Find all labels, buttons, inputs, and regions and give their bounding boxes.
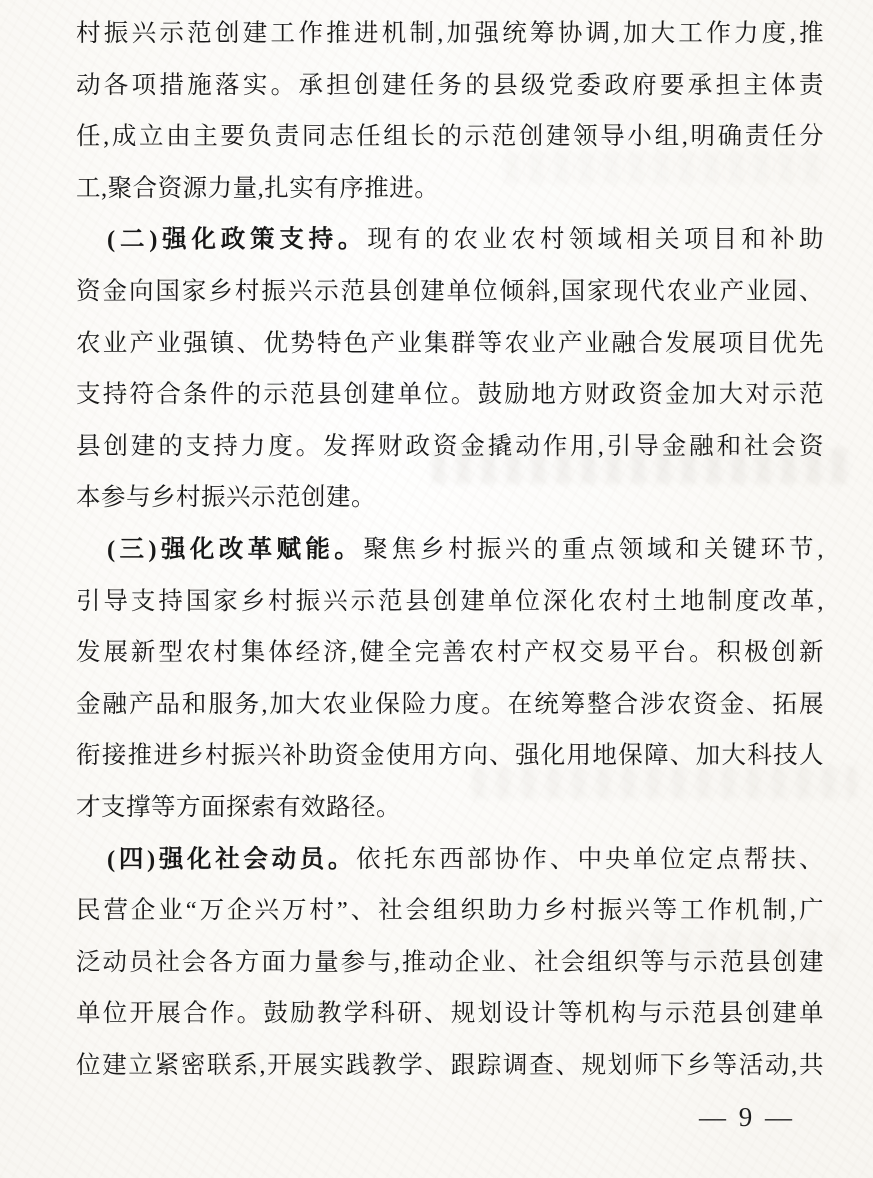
text-line: 单位开展合作。鼓励教学科研、规划设计等机构与示范县创建单 [76, 988, 824, 1040]
section-heading: (三)强化改革赋能。 [107, 536, 363, 563]
text-line: (四)强化社会动员。依托东西部协作、中央单位定点帮扶、 [76, 834, 824, 886]
text-line: 动各项措施落实。承担创建任务的县级党委政府要承担主体责 [76, 60, 824, 112]
text-line: 工,聚合资源力量,扎实有序推进。 [76, 163, 824, 215]
text-line: (三)强化改革赋能。聚焦乡村振兴的重点领域和关键环节, [76, 524, 824, 576]
line-text: 泛动员社会各方面力量参与,推动企业、社会组织等与示范县创建 [76, 949, 824, 976]
line-text: 农业产业强镇、优势特色产业集群等农业产业融合发展项目优先 [76, 330, 824, 357]
document-page: 村振兴示范创建工作推进机制,加强统筹协调,加大工作力度,推动各项措施落实。承担创… [0, 0, 873, 1178]
text-line: 金融产品和服务,加大农业保险力度。在统筹整合涉农资金、拓展 [76, 679, 824, 731]
line-text: 才支撑等方面探索有效路径。 [76, 794, 401, 821]
page-number: — 9 — [699, 1102, 795, 1133]
line-text: 县创建的支持力度。发挥财政资金撬动作用,引导金融和社会资 [76, 433, 824, 460]
text-line: 才支撑等方面探索有效路径。 [76, 782, 824, 834]
line-text: 衔接推进乡村振兴补助资金使用方向、强化用地保障、加大科技人 [76, 742, 824, 769]
text-line: 村振兴示范创建工作推进机制,加强统筹协调,加大工作力度,推 [76, 8, 824, 60]
line-text: 聚焦乡村振兴的重点领域和关键环节, [363, 536, 824, 563]
line-text: 本参与乡村振兴示范创建。 [76, 484, 376, 511]
line-text: 民营企业“万企兴万村”、社会组织助力乡村振兴等工作机制,广 [76, 897, 824, 924]
section-heading: (四)强化社会动员。 [107, 846, 356, 873]
line-text: 发展新型农村集体经济,健全完善农村产权交易平台。积极创新 [76, 639, 824, 666]
text-line: 本参与乡村振兴示范创建。 [76, 472, 824, 524]
line-text: 引导支持国家乡村振兴示范县创建单位深化农村土地制度改革, [76, 588, 824, 615]
text-line: 资金向国家乡村振兴示范县创建单位倾斜,国家现代农业产业园、 [76, 266, 824, 318]
document-body: 村振兴示范创建工作推进机制,加强统筹协调,加大工作力度,推动各项措施落实。承担创… [76, 8, 824, 1091]
text-line: (二)强化政策支持。现有的农业农村领域相关项目和补助 [76, 214, 824, 266]
line-text: 现有的农业农村领域相关项目和补助 [367, 226, 824, 253]
line-text: 任,成立由主要负责同志任组长的示范创建领导小组,明确责任分 [76, 123, 824, 150]
text-line: 引导支持国家乡村振兴示范县创建单位深化农村土地制度改革, [76, 576, 824, 628]
line-text: 村振兴示范创建工作推进机制,加强统筹协调,加大工作力度,推 [76, 20, 824, 47]
line-text: 动各项措施落实。承担创建任务的县级党委政府要承担主体责 [76, 72, 824, 99]
line-text: 位建立紧密联系,开展实践教学、跟踪调查、规划师下乡等活动,共 [76, 1052, 824, 1079]
text-line: 支持符合条件的示范县创建单位。鼓励地方财政资金加大对示范 [76, 369, 824, 421]
line-text: 依托东西部协作、中央单位定点帮扶、 [356, 846, 824, 873]
text-line: 衔接推进乡村振兴补助资金使用方向、强化用地保障、加大科技人 [76, 730, 824, 782]
text-line: 农业产业强镇、优势特色产业集群等农业产业融合发展项目优先 [76, 318, 824, 370]
section-heading: (二)强化政策支持。 [107, 226, 367, 253]
text-line: 位建立紧密联系,开展实践教学、跟踪调查、规划师下乡等活动,共 [76, 1040, 824, 1092]
text-line: 任,成立由主要负责同志任组长的示范创建领导小组,明确责任分 [76, 111, 824, 163]
line-text: 单位开展合作。鼓励教学科研、规划设计等机构与示范县创建单 [76, 1000, 824, 1027]
text-line: 泛动员社会各方面力量参与,推动企业、社会组织等与示范县创建 [76, 937, 824, 989]
line-text: 工,聚合资源力量,扎实有序推进。 [76, 175, 439, 202]
line-text: 支持符合条件的示范县创建单位。鼓励地方财政资金加大对示范 [76, 381, 824, 408]
line-text: 资金向国家乡村振兴示范县创建单位倾斜,国家现代农业产业园、 [76, 278, 824, 305]
text-line: 发展新型农村集体经济,健全完善农村产权交易平台。积极创新 [76, 627, 824, 679]
line-text: 金融产品和服务,加大农业保险力度。在统筹整合涉农资金、拓展 [76, 691, 824, 718]
text-line: 县创建的支持力度。发挥财政资金撬动作用,引导金融和社会资 [76, 421, 824, 473]
text-line: 民营企业“万企兴万村”、社会组织助力乡村振兴等工作机制,广 [76, 885, 824, 937]
